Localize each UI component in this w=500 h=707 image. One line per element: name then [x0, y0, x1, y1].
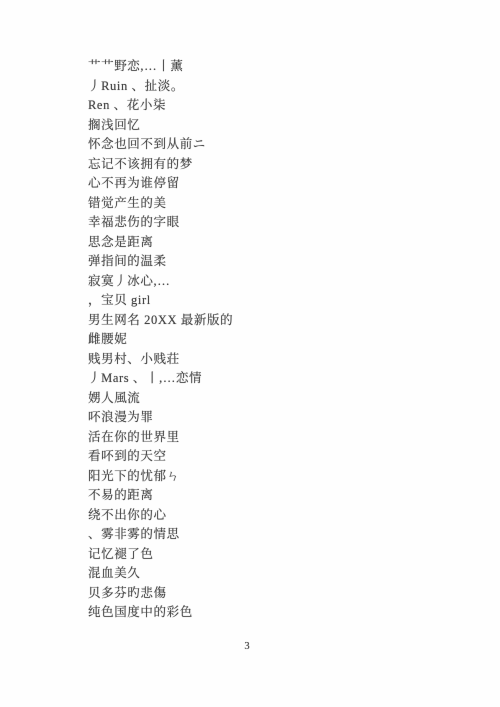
page-number: 3	[0, 641, 494, 652]
nickname-line: 错觉产生的美	[88, 194, 480, 214]
nickname-line: 丿Mars 、丨,…恋情	[88, 369, 480, 389]
nickname-line: 阳光下的忧郁ㄣ	[88, 467, 480, 487]
nickname-line: 吥浪漫为罪	[88, 408, 480, 428]
nickname-line: 活在你的世界里	[88, 428, 480, 448]
nickname-line: 绕不出你的心	[88, 506, 480, 526]
nickname-line: 心不再为谁停留	[88, 174, 480, 194]
nickname-line: 丿Ruin 、扯淡。	[88, 77, 480, 97]
nickname-line: 男生网名 20XX 最新版的	[88, 311, 480, 331]
nickname-list: 艹艹野恋,…丨薰丿Ruin 、扯淡。Ren 、花小柒搁浅回忆怀念也回不到从前ニ忘…	[88, 57, 480, 623]
nickname-line: 幸福悲伤的字眼	[88, 213, 480, 233]
nickname-line: 贱男村、小贱荘	[88, 350, 480, 370]
nickname-line: 不易的距离	[88, 486, 480, 506]
nickname-line: 娚人風流	[88, 389, 480, 409]
nickname-line: 雌腰妮	[88, 330, 480, 350]
nickname-line: 记忆褪了色	[88, 545, 480, 565]
nickname-line: 看吥到的天空	[88, 447, 480, 467]
nickname-line: 贝多芬旳悲傷	[88, 584, 480, 604]
nickname-line: 弹指间的温柔	[88, 252, 480, 272]
nickname-line: 艹艹野恋,…丨薰	[88, 57, 480, 77]
nickname-line: 混血美久	[88, 564, 480, 584]
nickname-line: Ren 、花小柒	[88, 96, 480, 116]
nickname-line: 忘记不该拥有的梦	[88, 155, 480, 175]
document-page: 艹艹野恋,…丨薰丿Ruin 、扯淡。Ren 、花小柒搁浅回忆怀念也回不到从前ニ忘…	[0, 0, 500, 707]
nickname-line: 、雾非雾的情思	[88, 525, 480, 545]
nickname-line: 寂寞丿冰心,…	[88, 272, 480, 292]
nickname-line: 怀念也回不到从前ニ	[88, 135, 480, 155]
nickname-line: 思念是距离	[88, 233, 480, 253]
nickname-line: ，宝贝 girl	[88, 291, 480, 311]
nickname-line: 搁浅回忆	[88, 116, 480, 136]
nickname-line: 纯色国度中的彩色	[88, 603, 480, 623]
